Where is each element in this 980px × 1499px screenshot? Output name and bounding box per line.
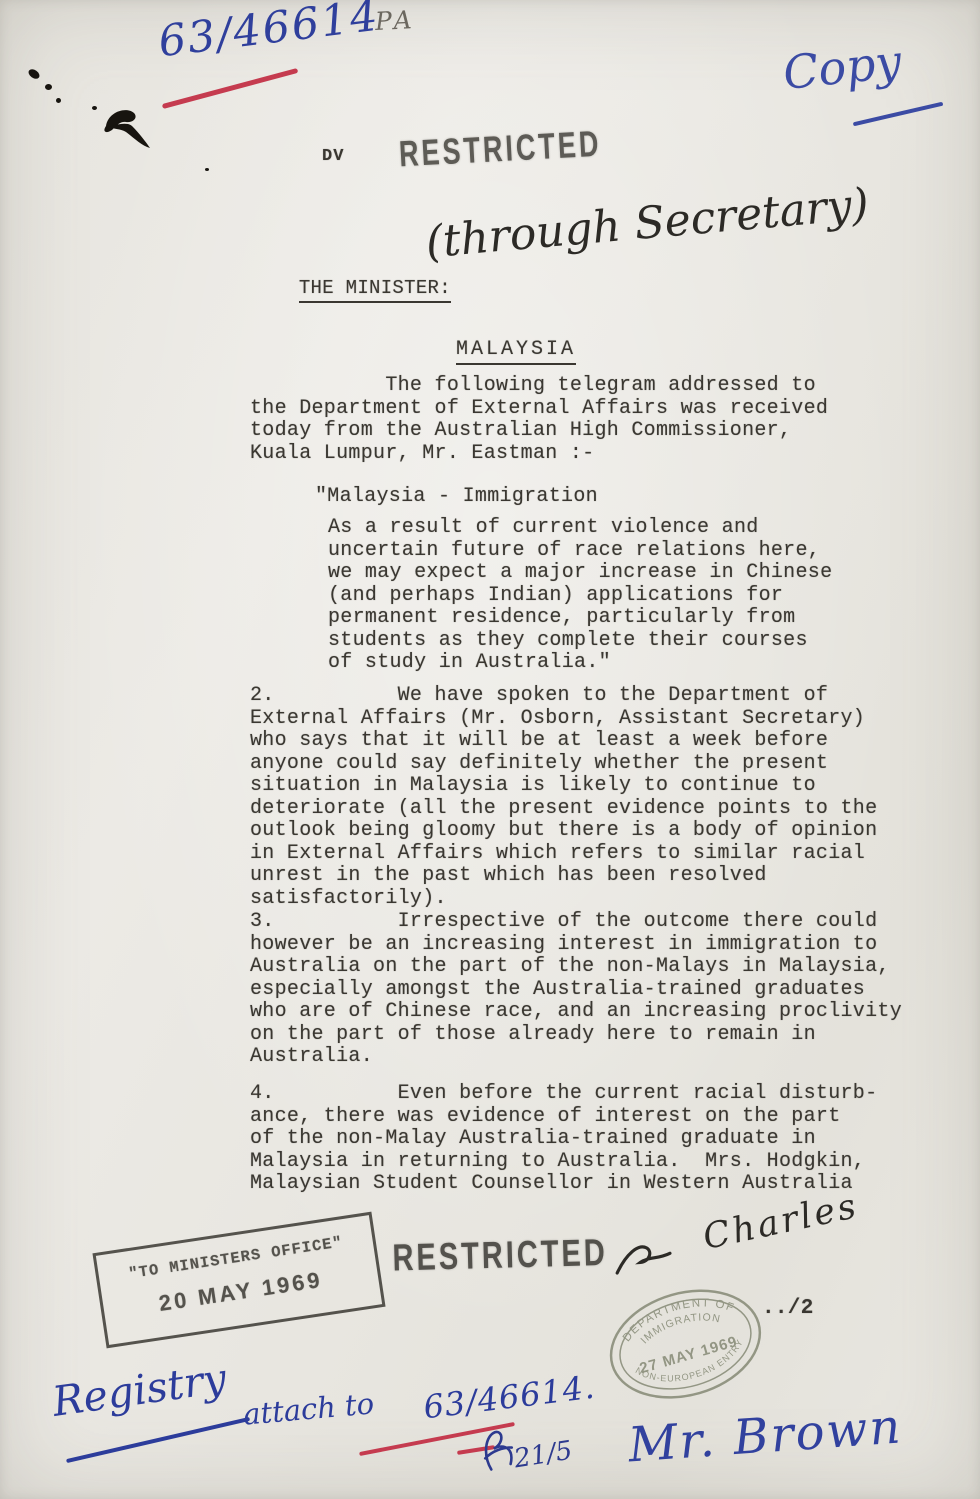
signature: Charles (700, 1186, 863, 1258)
minister-heading: THE MINISTER: (252, 254, 451, 322)
telegram-quote-body: As a result of current violence and unce… (328, 517, 832, 675)
pa-annotation: PA (374, 5, 416, 36)
copy-underline (853, 102, 943, 126)
paragraph-4: 4. Even before the current racial distur… (250, 1083, 877, 1196)
page-2-marker: ../2 (762, 1298, 814, 1321)
signature-flourish (611, 1229, 709, 1281)
paragraph-1: The following telegram addressed to the … (250, 375, 828, 465)
ink-speck (205, 168, 209, 171)
minister-heading-text: THE MINISTER: (299, 277, 451, 303)
file-number-annotation: 63/46614 (156, 0, 382, 67)
paragraph-3: 3. Irrespective of the outcome there cou… (250, 911, 902, 1069)
dv-marking: DV (322, 146, 344, 169)
red-underline-top (162, 68, 298, 109)
attach-annotation: attach to (242, 1386, 376, 1431)
document-title-text: MALAYSIA (456, 338, 576, 365)
scanned-document-page: 63/46614 PA Copy DV RESTRICTED THE MINIS… (0, 0, 980, 1499)
registry-flourish (66, 1417, 250, 1463)
restricted-stamp-top: RESTRICTED (398, 123, 602, 175)
telegram-quote-title: "Malaysia - Immigration (315, 486, 598, 509)
ministers-office-stamp: "TO MINISTERS OFFICE" 20 MAY 1969 (92, 1212, 385, 1349)
ink-blot (96, 104, 166, 156)
through-secretary-annotation: (through Secretary) (424, 179, 871, 269)
attach-file-number-annotation: 63/46614. (421, 1368, 597, 1427)
copy-annotation: Copy (781, 34, 904, 100)
ink-speck (56, 98, 61, 103)
registry-annotation: Registry (50, 1354, 230, 1426)
paragraph-2: 2. We have spoken to the Department of E… (250, 685, 877, 910)
ink-speck (45, 84, 52, 90)
ink-speck (27, 67, 41, 80)
date-initials-annotation: 21/5 (512, 1436, 574, 1475)
restricted-stamp-bottom: RESTRICTED (392, 1232, 608, 1281)
